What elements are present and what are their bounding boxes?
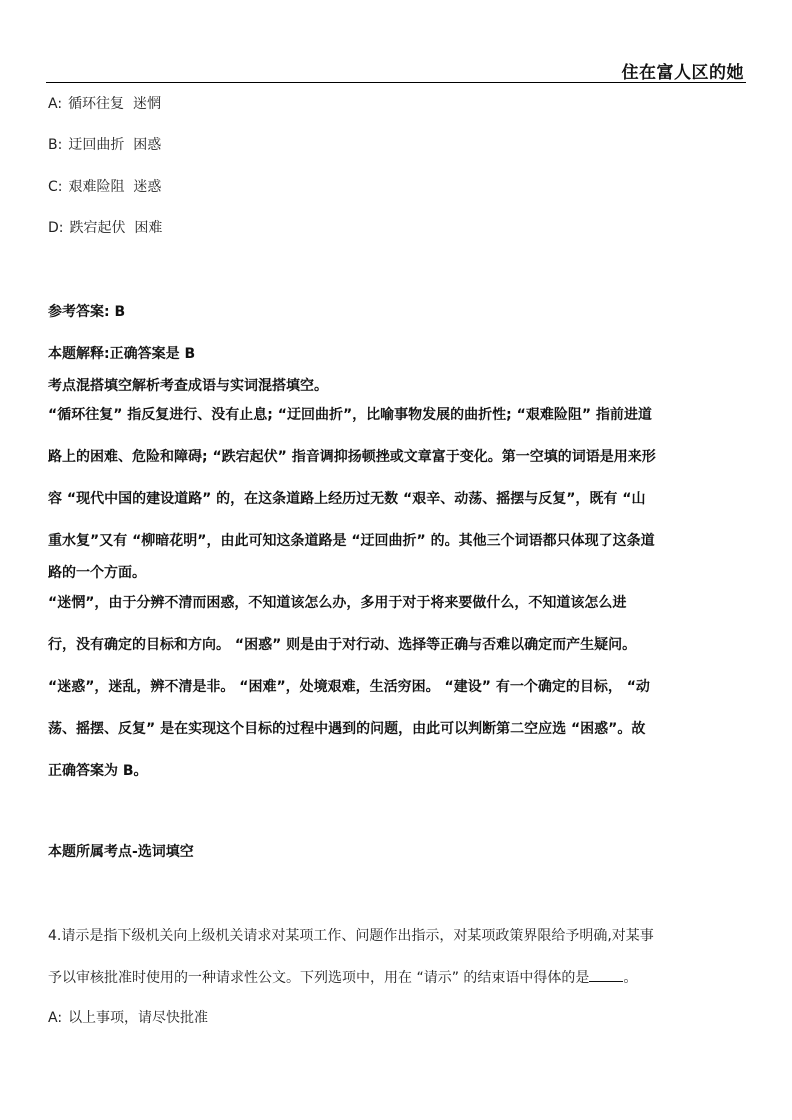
explanation-subtitle: 考点混搭填空解析考查成语与实词混搭填空。 <box>48 375 328 395</box>
explanation-line: “迷惑”，迷乱，辨不清是非。 “困难”，处境艰难，生活穷困。 “建设” 有一个确… <box>48 676 650 696</box>
option-letter: C: <box>48 179 63 195</box>
option-text: 跌宕起伏 困难 <box>70 220 163 236</box>
option-b: B:迂回曲折 困惑 <box>48 134 161 154</box>
option-text: 艰难险阻 迷惑 <box>69 179 162 195</box>
header-divider <box>46 82 746 83</box>
question4-stem-text: 予以审核批准时使用的一种请求性公文。下列选项中，用在 “请示” 的结束语中得体的… <box>48 970 589 986</box>
option-letter: A: <box>48 1010 62 1026</box>
option-text: 循环往复 迷惘 <box>68 96 161 112</box>
answer-blank <box>589 967 623 982</box>
explanation-title: 本题解释:正确答案是 B <box>48 343 195 363</box>
option-c: C:艰难险阻 迷惑 <box>48 176 161 196</box>
question4-stem-line2: 予以审核批准时使用的一种请求性公文。下列选项中，用在 “请示” 的结束语中得体的… <box>48 967 637 987</box>
option-text: 以上事项，请尽快批准 <box>68 1010 208 1026</box>
stem-period: 。 <box>623 970 637 986</box>
option-a: A:循环往复 迷惘 <box>48 93 161 113</box>
document-title: 住在富人区的她 <box>622 58 745 83</box>
explanation-line: 行，没有确定的目标和方向。 “困惑” 则是由于对行动、选择等正确与否难以确定而产… <box>48 634 636 654</box>
explanation-line: “迷惘”，由于分辨不清而困惑，不知道该怎么办，多用于对于将来要做什么，不知道该怎… <box>48 592 626 612</box>
explanation-line: 重水复”又有 “柳暗花明”，由此可知这条道路是 “迂回曲折” 的。其他三个词语都… <box>48 530 655 550</box>
option-a: A:以上事项，请尽快批准 <box>48 1007 208 1027</box>
reference-answer: 参考答案: B <box>48 301 125 321</box>
question4-stem-line1: 4.请示是指下级机关向上级机关请求对某项工作、问题作出指示，对某项政策界限给予明… <box>48 925 654 945</box>
option-d: D:跌宕起伏 困难 <box>48 217 162 237</box>
option-letter: A: <box>48 96 62 112</box>
explanation-line: “循环往复” 指反复进行、没有止息; “迂回曲折”，比喻事物发展的曲折性; “艰… <box>48 404 652 424</box>
topic-label: 本题所属考点-选词填空 <box>48 841 194 861</box>
option-letter: D: <box>48 220 64 236</box>
explanation-line: 路的一个方面。 <box>48 562 146 582</box>
explanation-line: 荡、摇摆、反复” 是在实现这个目标的过程中遇到的问题，由此可以判断第二空应选 “… <box>48 718 645 738</box>
explanation-line: 正确答案为 B。 <box>48 760 148 780</box>
option-letter: B: <box>48 137 62 153</box>
explanation-line: 容 “现代中国的建设道路” 的，在这条道路上经历过无数 “艰辛、动荡、摇摆与反复… <box>48 488 646 508</box>
explanation-line: 路上的困难、危险和障碍; “跌宕起伏” 指音调抑扬顿挫或文章富于变化。第一空填的… <box>48 446 656 466</box>
option-text: 迂回曲折 困惑 <box>68 137 161 153</box>
